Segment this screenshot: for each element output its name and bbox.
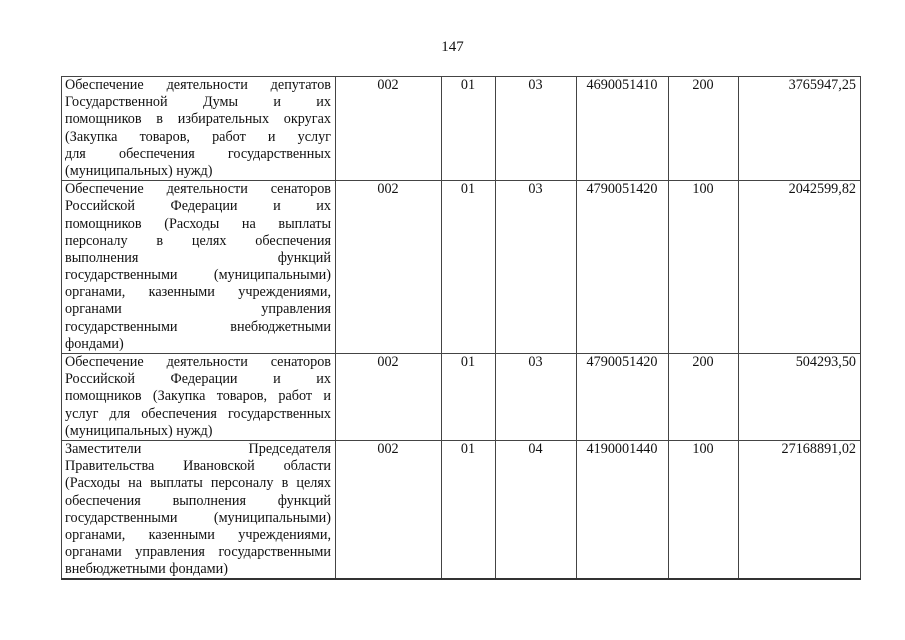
- amount-cell: 504293,50: [739, 354, 861, 441]
- target-article-cell: 4790051420: [577, 354, 669, 441]
- table-body: Обеспечение деятельности депутатовГосуда…: [62, 77, 861, 580]
- amount-value: 3765947,25: [789, 77, 856, 93]
- expense-description: Обеспечение деятельности сенаторовРоссий…: [62, 181, 336, 354]
- target-article-code: 4790051420: [587, 354, 658, 370]
- section-cell: 01: [442, 440, 496, 579]
- expense-description: Обеспечение деятельности депутатовГосуда…: [62, 77, 336, 181]
- ministry-code-cell: 002: [336, 181, 442, 354]
- target-article-code: 4790051420: [587, 181, 658, 197]
- ministry-code: 002: [377, 354, 398, 370]
- expense-description: Заместители ПредседателяПравительства Ив…: [62, 440, 336, 579]
- description-line: Российской Федерации и их: [65, 198, 331, 215]
- table-row: Заместители ПредседателяПравительства Ив…: [62, 440, 861, 579]
- description-line: Обеспечение деятельности сенаторов: [65, 181, 331, 198]
- description-line: внебюджетными фондами): [65, 561, 331, 578]
- section-code: 01: [461, 354, 475, 370]
- description-line: обеспечения выполнения функций: [65, 493, 331, 510]
- ministry-code-cell: 002: [336, 354, 442, 441]
- target-article-cell: 4690051410: [577, 77, 669, 181]
- subsection-code: 04: [528, 441, 542, 457]
- description-line: помощников в избирательных округах: [65, 111, 331, 128]
- subsection-cell: 03: [496, 181, 577, 354]
- subsection-cell: 03: [496, 77, 577, 181]
- description-line: государственными внебюджетными: [65, 319, 331, 336]
- amount-cell: 3765947,25: [739, 77, 861, 181]
- description-line: фондами): [65, 336, 331, 353]
- description-line: органами, казенными учреждениями,: [65, 284, 331, 301]
- table-row: Обеспечение деятельности депутатовГосуда…: [62, 77, 861, 181]
- description-line: Заместители Председателя: [65, 441, 331, 458]
- subsection-code: 03: [528, 181, 542, 197]
- description-line: государственными (муниципальными): [65, 267, 331, 284]
- ministry-code-cell: 002: [336, 77, 442, 181]
- description-line: Обеспечение деятельности сенаторов: [65, 354, 331, 371]
- amount-cell: 2042599,82: [739, 181, 861, 354]
- description-line: выполнения функций: [65, 250, 331, 267]
- description-line: органами управления государственными: [65, 544, 331, 561]
- expense-type-cell: 200: [669, 354, 739, 441]
- description-line: органами, казенными учреждениями,: [65, 527, 331, 544]
- section-cell: 01: [442, 77, 496, 181]
- expense-type-cell: 200: [669, 77, 739, 181]
- subsection-cell: 04: [496, 440, 577, 579]
- description-line: для обеспечения государственных: [65, 146, 331, 163]
- expense-type-cell: 100: [669, 440, 739, 579]
- description-line: услуг для обеспечения государственных: [65, 406, 331, 423]
- ministry-code-cell: 002: [336, 440, 442, 579]
- description-line: (муниципальных) нужд): [65, 423, 331, 440]
- amount-value: 504293,50: [796, 354, 856, 370]
- target-article-cell: 4190001440: [577, 440, 669, 579]
- amount-cell: 27168891,02: [739, 440, 861, 579]
- target-article-code: 4190001440: [587, 441, 658, 457]
- description-line: (Расходы на выплаты персоналу в целях: [65, 475, 331, 492]
- ministry-code: 002: [377, 77, 398, 93]
- ministry-code: 002: [377, 441, 398, 457]
- description-line: Обеспечение деятельности депутатов: [65, 77, 331, 94]
- expense-type-code: 100: [692, 181, 713, 197]
- expense-type-code: 200: [692, 354, 713, 370]
- description-line: (Закупка товаров, работ и услуг: [65, 129, 331, 146]
- description-line: Государственной Думы и их: [65, 94, 331, 111]
- subsection-code: 03: [528, 354, 542, 370]
- description-line: помощников (Закупка товаров, работ и: [65, 388, 331, 405]
- subsection-cell: 03: [496, 354, 577, 441]
- table-row: Обеспечение деятельности сенаторовРоссий…: [62, 181, 861, 354]
- description-line: помощников (Расходы на выплаты: [65, 216, 331, 233]
- section-code: 01: [461, 181, 475, 197]
- expense-description: Обеспечение деятельности сенаторовРоссий…: [62, 354, 336, 441]
- amount-value: 2042599,82: [789, 181, 856, 197]
- ministry-code: 002: [377, 181, 398, 197]
- expense-type-code: 200: [692, 77, 713, 93]
- expense-type-code: 100: [692, 441, 713, 457]
- description-line: органами управления: [65, 301, 331, 318]
- description-line: государственными (муниципальными): [65, 510, 331, 527]
- description-line: Российской Федерации и их: [65, 371, 331, 388]
- description-line: (муниципальных) нужд): [65, 163, 331, 180]
- description-line: Правительства Ивановской области: [65, 458, 331, 475]
- amount-value: 27168891,02: [782, 441, 856, 457]
- budget-table: Обеспечение деятельности депутатовГосуда…: [61, 76, 861, 580]
- section-cell: 01: [442, 354, 496, 441]
- target-article-cell: 4790051420: [577, 181, 669, 354]
- subsection-code: 03: [528, 77, 542, 93]
- section-code: 01: [461, 77, 475, 93]
- expense-type-cell: 100: [669, 181, 739, 354]
- section-code: 01: [461, 441, 475, 457]
- section-cell: 01: [442, 181, 496, 354]
- description-line: персоналу в целях обеспечения: [65, 233, 331, 250]
- table-row: Обеспечение деятельности сенаторовРоссий…: [62, 354, 861, 441]
- page-number: 147: [0, 38, 905, 56]
- target-article-code: 4690051410: [587, 77, 658, 93]
